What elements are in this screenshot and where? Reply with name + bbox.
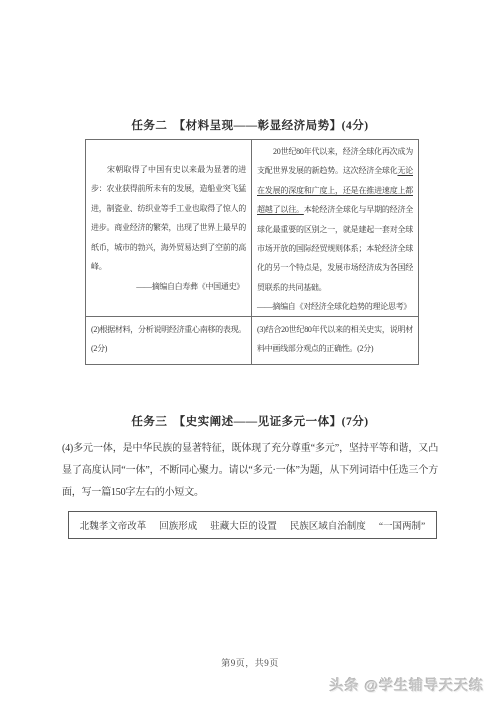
task3-heading: 任务三 【史实阐述——见证多元一体】(7分) [0,415,500,430]
globalization-text-after: 本轮经济全球化与早期的经济全球化最重要的区别之一，就是建起一套对全球市场开放的国… [257,205,413,292]
question3-cell: (3)结合20世纪80年代以来的相关史实，说明材料中画线部分观点的正确性。(2分… [252,317,418,364]
question4-text: (4)多元一体，是中华民族的显著特征，既体现了充分尊重“多元”，坚持平等和谐，又… [62,438,438,504]
exam-page: 任务二 【材料呈现——彰显经济局势】(4分) 宋朝取得了中国有史以来最为显著的进… [0,0,500,707]
material-cell-song: 宋朝取得了中国有史以来最为显著的进步：农业获得前所未有的发展，造船业突飞猛进，制… [86,140,252,317]
term-item: “一国两制” [379,518,425,532]
material-cell-globalization: 20世纪80年代以来，经济全球化再次成为支配世界发展的新趋势。这次经济全球化无论… [252,140,418,317]
globalization-text-before: 20世纪80年代以来，经济全球化再次成为支配世界发展的新趋势。这次经济全球化 [257,147,413,175]
term-item: 回族形成 [159,518,197,532]
terms-box: 北魏孝文帝改革回族形成驻藏大臣的设置民族区域自治制度“一国两制” [68,511,437,539]
term-item: 民族区域自治制度 [290,518,366,532]
song-material-text: 宋朝取得了中国有史以来最为显著的进步：农业获得前所未有的发展，造船业突飞猛进，制… [91,160,246,276]
term-item: 北魏孝文帝改革 [80,518,147,532]
task2-heading: 任务二 【材料呈现——彰显经济局势】(4分) [0,0,500,134]
globalization-material-attribution: ——摘编自《对经济全球化趋势的理论思考》 [257,297,413,316]
term-item: 驻藏大臣的设置 [210,518,277,532]
material-table: 宋朝取得了中国有史以来最为显著的进步：农业获得前所未有的发展，造船业突飞猛进，制… [85,139,419,365]
page-number: 第9页，共9页 [0,656,500,669]
question2-cell: (2)根据材料，分析说明经济重心南移的表现。(2分) [86,317,252,364]
song-material-attribution: ——摘编自白寿彝《中国通史》 [91,277,246,296]
watermark: 头条 @学生辅导天天练 [329,675,484,695]
globalization-material-text: 20世纪80年代以来，经济全球化再次成为支配世界发展的新趋势。这次经济全球化无论… [257,142,413,297]
question4-paragraph: (4)多元一体，是中华民族的显著特征，既体现了充分尊重“多元”，坚持平等和谐，又… [62,438,438,504]
